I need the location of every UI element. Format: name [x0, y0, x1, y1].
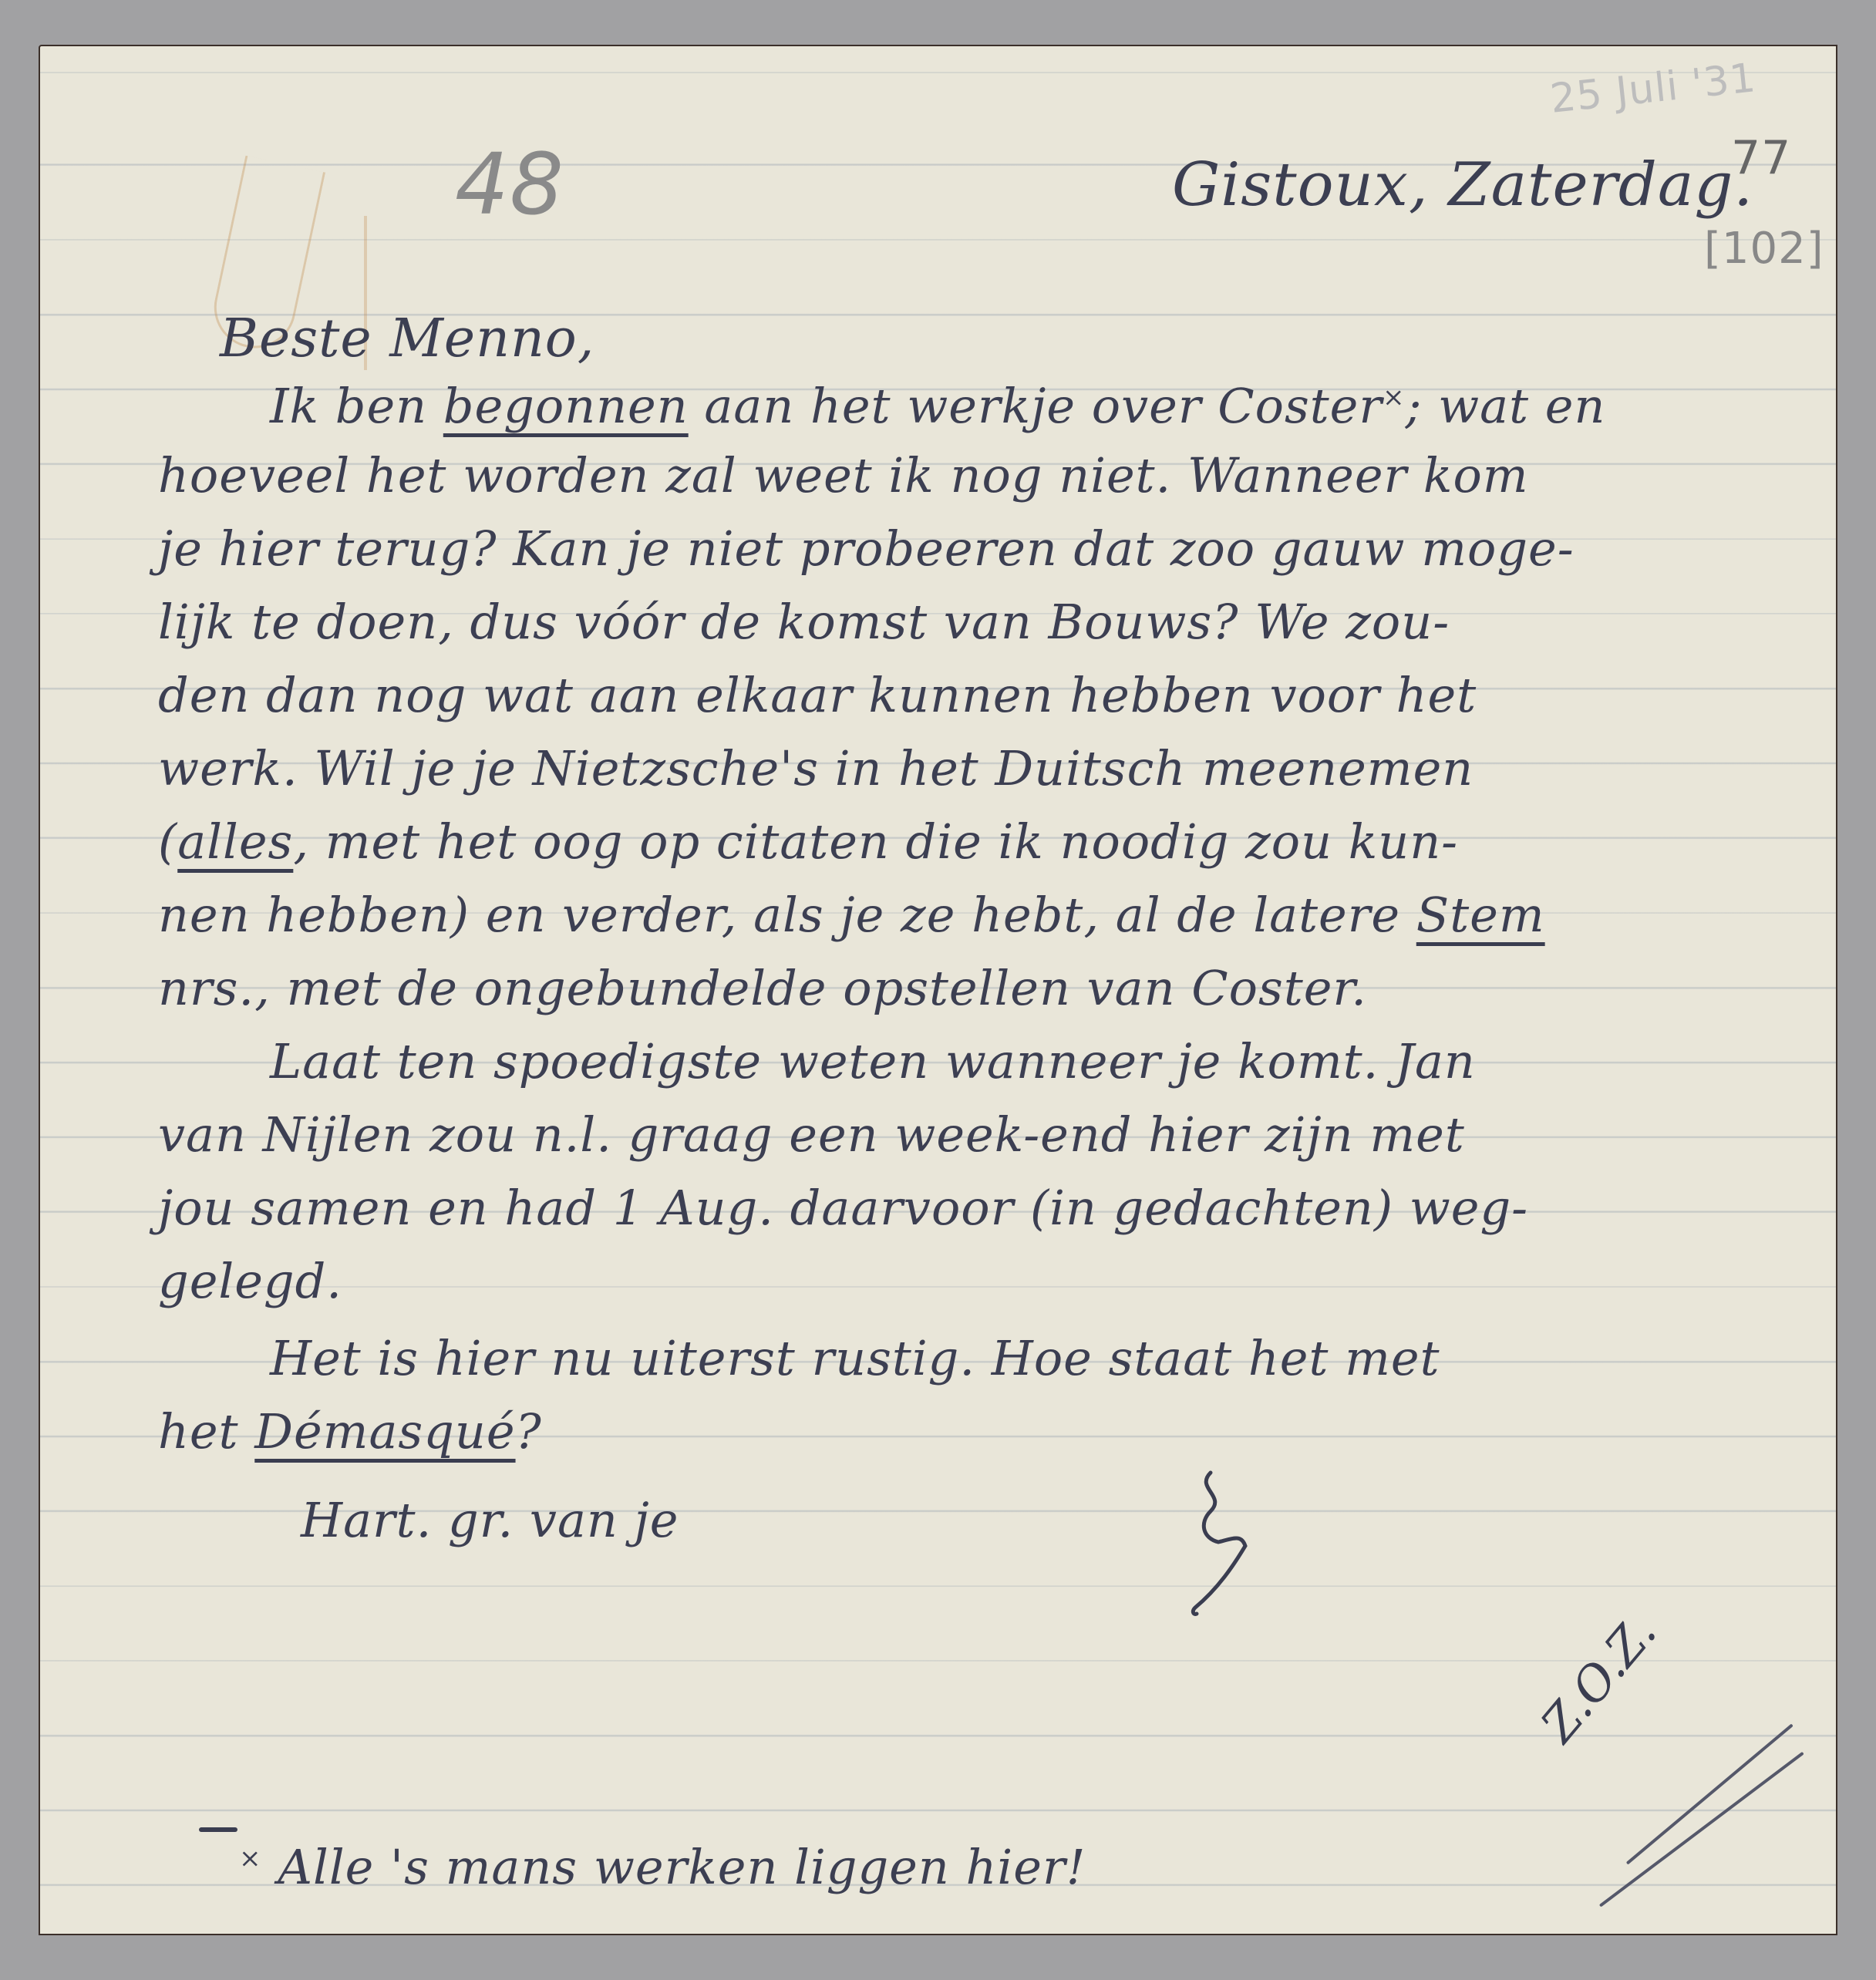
text-segment: het [158, 1403, 254, 1460]
body-line-2: hoeveel het worden zal weet ik nog niet.… [158, 447, 1529, 503]
bracket-number: [102] [1704, 224, 1824, 274]
body-line-5: den dan nog wat aan elkaar kunnen hebben… [158, 667, 1477, 723]
body-line-1: Ik ben begonnen aan het werkje over Cost… [270, 378, 1605, 434]
underlined-word: alles [177, 813, 293, 870]
underlined-word: Démasqué [254, 1403, 515, 1460]
body-line-7: (alles, met het oog op citaten die ik no… [158, 813, 1458, 870]
body-line-3: je hier terug? Kan je niet probeeren dat… [158, 520, 1575, 577]
body-line-6: werk. Wil je je Nietzsche's in het Duits… [158, 740, 1474, 796]
text-segment: , met het oog op citaten die ik noodig z… [293, 813, 1458, 870]
footnote-marker: × [239, 1843, 262, 1874]
text-segment: Ik ben [270, 378, 443, 434]
body-line-8: nen hebben) en verder, als je ze hebt, a… [158, 887, 1545, 943]
body-line-13: gelegd. [158, 1253, 342, 1309]
text-segment: ; wat en [1406, 378, 1606, 434]
footnote-rule [199, 1827, 237, 1832]
signature-mark [1187, 1465, 1303, 1619]
footnote-marker: × [1383, 382, 1406, 412]
text-segment: nen hebben) en verder, als je ze hebt, a… [158, 887, 1416, 943]
body-line-10: Laat ten spoedigste weten wanneer je kom… [270, 1033, 1476, 1089]
body-line-4: lijk te doen, dus vóór de komst van Bouw… [158, 594, 1450, 650]
text-segment: ( [158, 813, 177, 870]
body-line-9: nrs., met de ongebundelde opstellen van … [158, 960, 1367, 1016]
salutation: Beste Menno, [220, 308, 594, 369]
closing: Hart. gr. van je [301, 1492, 679, 1548]
footnote-text: Alle 's mans werken liggen hier! [278, 1839, 1086, 1895]
body-line-14: Het is hier nu uiterst rustig. Hoe staat… [270, 1330, 1440, 1386]
underlined-word: begonnen [443, 378, 689, 434]
place-date-heading: Gistoux, Zaterdag. [1172, 150, 1753, 220]
body-line-11: van Nijlen zou n.l. graag een week-end h… [158, 1106, 1465, 1163]
item-number: 48 [455, 135, 564, 234]
text-segment: aan het werkje over Coster [689, 378, 1383, 434]
underlined-word: Stem [1416, 887, 1545, 943]
text-segment: ? [516, 1403, 542, 1460]
body-line-12: jou samen en had 1 Aug. daarvoor (in ged… [158, 1180, 1528, 1236]
body-line-15: het Démasqué? [158, 1403, 542, 1460]
footnote: × Alle 's mans werken liggen hier! [239, 1839, 1086, 1895]
